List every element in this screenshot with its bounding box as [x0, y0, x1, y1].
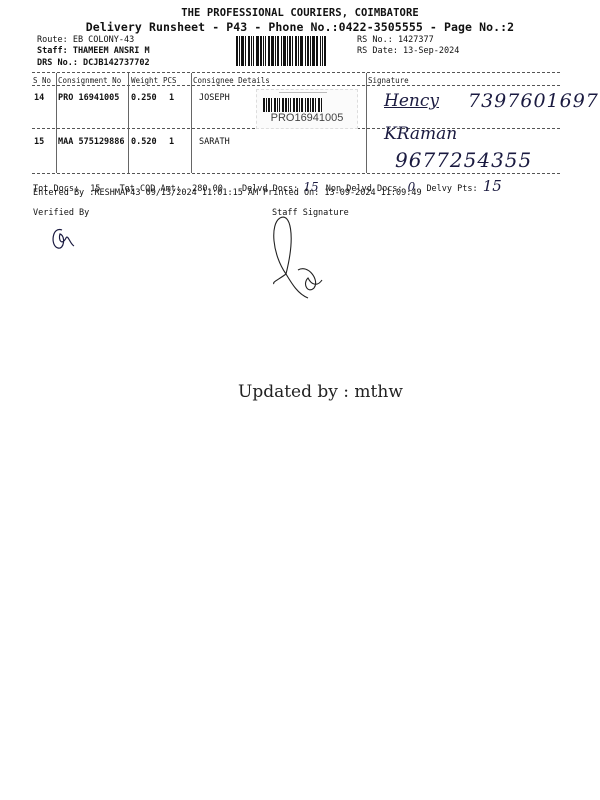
cell-pcs: 1 — [169, 137, 174, 147]
staff-signature-icon — [268, 214, 338, 304]
cell-consignment-no: MAA 575129886 — [58, 137, 125, 147]
verified-by-label: Verified By — [33, 208, 89, 218]
updated-by-note: Updated by : mthw — [238, 382, 403, 402]
column-header-sno: S No — [33, 76, 51, 85]
route-label: Route: EB COLONY-43 — [37, 35, 134, 45]
sticker-barcode-text: PRO16941005 — [257, 112, 357, 124]
recipient-phone: 7397601697 — [468, 90, 599, 112]
staff-label: Staff: THAMEEM ANSRI M — [37, 46, 150, 56]
column-divider — [128, 73, 129, 173]
consignment-sticker: PRO16941005 — [256, 89, 358, 129]
cell-pcs: 1 — [169, 93, 174, 103]
cell-consignment-no: PRO 16941005 — [58, 93, 119, 103]
recipient-phone: 9677254355 — [395, 148, 532, 172]
verified-signature-icon — [48, 224, 88, 254]
column-header-pcs: PCS — [163, 76, 177, 85]
drs-number: DRS No.: DCJB142737702 — [37, 58, 150, 68]
column-header-signature: Signature — [368, 76, 409, 85]
column-header-consignment: Consignment No — [58, 76, 121, 85]
company-title: THE PROFESSIONAL COURIERS, COIMBATORE — [0, 7, 600, 19]
column-header-weight: Weight — [131, 76, 158, 85]
cell-sno: 14 — [34, 93, 44, 103]
table-bottom-border — [32, 173, 560, 174]
cell-sno: 15 — [34, 137, 44, 147]
cell-weight: 0.520 — [131, 137, 157, 147]
rs-date: RS Date: 13-Sep-2024 — [357, 46, 459, 56]
rs-number: RS No.: 1427377 — [357, 35, 434, 45]
entered-by: Entered By :RESHMAP43 09/13/2024 11:01:1… — [33, 188, 258, 198]
barcode-icon — [263, 98, 351, 112]
recipient-signature: Hency — [384, 91, 439, 111]
printed-on: Printed On: 13-09-2024 11:09:49 — [263, 188, 422, 198]
delvy-pts-value: 15 — [483, 177, 502, 195]
delvy-pts-label: Delvy Pts: — [426, 184, 477, 194]
header-divider — [32, 85, 560, 86]
barcode-icon — [236, 36, 348, 66]
cell-consignee: JOSEPH — [199, 93, 230, 103]
cell-weight: 0.250 — [131, 93, 157, 103]
cell-consignee: SARATH — [199, 137, 230, 147]
runsheet-subtitle: Delivery Runsheet - P43 - Phone No.:0422… — [0, 20, 600, 34]
recipient-signature: KRaman — [384, 124, 457, 144]
column-divider — [56, 73, 57, 173]
column-divider — [191, 73, 192, 173]
table-top-border — [32, 72, 560, 73]
column-header-consignee: Consignee Details — [193, 76, 270, 85]
column-divider — [366, 73, 367, 173]
